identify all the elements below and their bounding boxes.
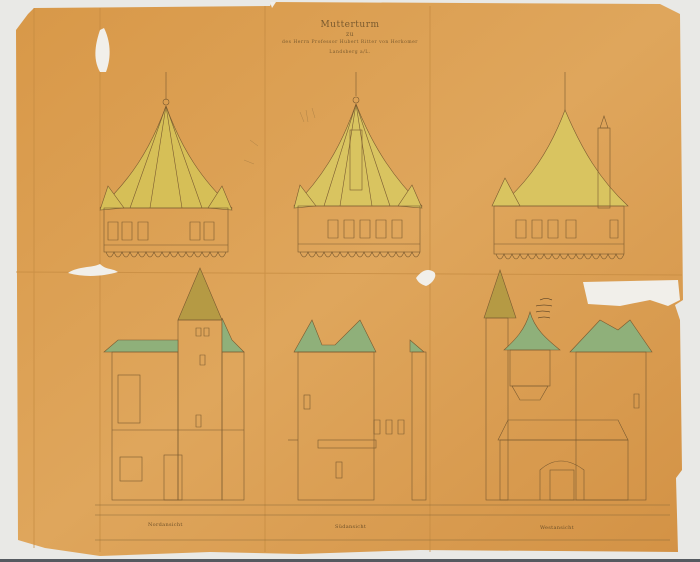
drawing-subtitle: zu [0,31,700,38]
drawing-location-line: Landsberg a/L. [0,50,700,55]
elevation-label-west: Westansicht [540,525,574,531]
drawing-owner-line: des Herrn Professor Hubert Ritter von He… [0,40,700,45]
drawing-title: Mutterturm [0,20,700,30]
elevation-label-north: Nordansicht [148,522,183,528]
paper-sheet [16,2,683,556]
elevation-label-south: Südansicht [335,524,366,530]
drawing-svg [0,0,700,562]
scanned-architectural-drawing: Mutterturm zu des Herrn Professor Hubert… [0,0,700,562]
